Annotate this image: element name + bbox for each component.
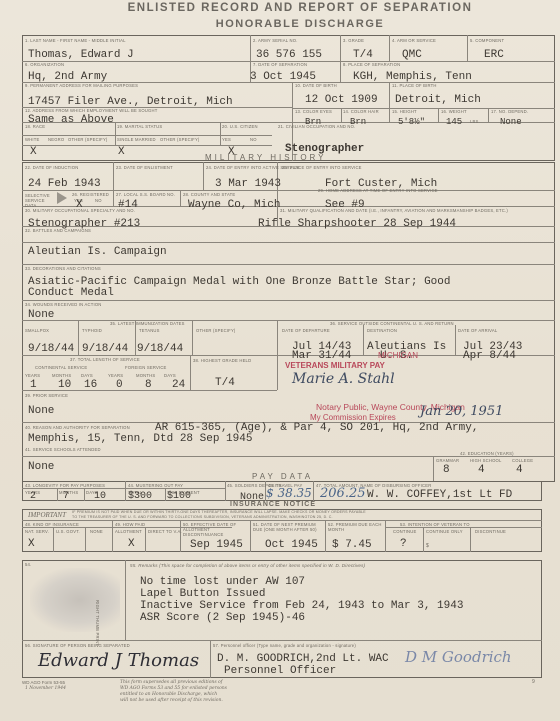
birth-place-value: Detroit, Mich [395,94,481,106]
height-value: 5'8½" [398,116,425,128]
field-55-label: 55. Remarks (This space for completion o… [130,563,365,568]
immunization-smallpox-header: Smallpox [25,328,49,333]
field-11-label: 11. Place of birth [392,83,437,88]
destination-header: Destination [367,328,397,333]
mop-payment-value: $100 [167,491,191,503]
field-34-label: 34. Wounds received in action [25,302,102,307]
field-44-label: 44. Mustering out pay [128,483,183,488]
county-state-value: Wayne Co, Mich [188,199,280,211]
field-20-label: 20. U.S. Citizen [222,124,258,129]
field-52-label: 52. Premium due each month [328,522,383,532]
race-negro-option[interactable]: Negro [48,137,64,142]
arrival-header: Date of arrival [458,328,497,333]
remark-line-4: ASR Score (2 Sep 1945)-46 [140,612,305,624]
field-1-label: 1. Last name - first name - middle initi… [25,38,126,43]
veterans-pay-stamp-line2: VETERANS MILITARY PAY [285,361,385,370]
weight-unit: lbs. [470,119,480,124]
field-56-label: 56. Signature of person being separated [25,643,130,648]
marital-married-option[interactable]: Married [135,137,156,142]
separation-date-value: 3 Oct 1945 [250,71,316,83]
field-26-label: 26. Registered [72,192,109,197]
departure-header: Date of departure [282,328,330,333]
supersedes-line3: entitled to an Honorable Discharge, whic… [120,692,217,698]
registered-no-option[interactable]: No [95,198,102,203]
citizen-yes-option[interactable]: Yes [222,137,231,142]
important-label: IMPORTANT [28,511,66,519]
total-amount-value: 206.25 [320,486,366,501]
important-text-2: to the Treasurer of the U. S. and forwar… [72,515,333,520]
field-10-label: 10. Date of birth [295,83,337,88]
field-17-label: 17. No. depend. [491,109,528,114]
document-title: ENLISTED RECORD AND REPORT OF SEPARATION [20,2,560,14]
race-mark: X [30,146,37,158]
cont-days-value: 16 [84,379,97,391]
form-number-line1: WD AGO Form 53-55 [22,680,65,686]
immunization-other-header: Other (specify) [196,328,236,333]
field-43-label: 43. Longevity for pay purposes [25,483,105,488]
for-days-header: Days [164,373,176,378]
field-41-label: 41. Service schools attended [25,447,101,452]
immunization-smallpox-value: 9/18/44 [28,343,74,355]
veterans-pay-stamp-line1: MICHIGAN [378,351,418,360]
marital-single-option[interactable]: Single [117,137,134,142]
field-37-label: 37. Total length of service [70,357,140,362]
field-42-label: 42. Education (Years) [460,451,514,456]
education-college-value: 4 [516,464,523,476]
intention-discontinue-option[interactable]: Discontinue [475,529,506,534]
qualification-value: Rifle Sharpshooter 28 Sep 1944 [258,218,456,230]
field-39-label: 39. Prior service [25,393,68,398]
field-6-label: 6. Organization [25,62,64,67]
highest-grade-value: T/4 [215,377,235,389]
mop-total-value: $300 [128,491,152,503]
field-57-label: 57. Personnel officer (Type name, grade … [213,643,356,648]
immunization-typhoid-value: 9/18/44 [82,343,128,355]
supersedes-line2: WD AGO Forms 53 and 55 for enlisted pers… [120,686,227,692]
field-22-label: 22. Date of induction [25,165,78,170]
marital-other-option[interactable]: Other (specify) [160,137,200,142]
remark-line-1: No time lost under AW 107 [140,576,305,588]
field-36-label: 36. Service outside continental U. S. an… [330,321,454,326]
for-months-header: Months [136,373,155,378]
insurance-usgovt-option[interactable]: U.S. Govt. [56,529,80,534]
notary-expiry-date: Jan 20, 1951 [420,404,503,419]
immunization-tetanus-header: Tetanus [139,328,160,333]
field-23-label: 23. Date of enlistment [116,165,173,170]
pay-data-heading: PAY DATA [252,472,313,481]
wounds-value: None [28,309,54,321]
remark-line-2: Lapel Button Issued [140,588,265,600]
field-31-label: 31. Military qualification and date (i.e… [280,208,508,213]
longevity-years-value: 2 [30,491,36,503]
arrow-icon [57,192,67,204]
field-5-label: 5. Component [470,38,504,43]
field-14-label: 14. Color hair [343,109,379,114]
field-15-label: 15. Height [392,109,417,114]
allotment-discontinuance-value: Sep 1945 [190,539,243,551]
field-4-label: 4. Arm or service [392,38,436,43]
for-years-value: 0 [116,379,123,391]
separation-place-value: KGH, Memphis, Tenn [353,71,472,83]
premium-value: $ 7.45 [332,539,372,551]
dependents-value: None [500,116,522,128]
insurance-none-option[interactable]: None [90,529,103,534]
prior-service-value: None [28,405,54,417]
longevity-months-value: 7 [63,491,69,503]
marital-mark: X [118,146,125,158]
immunization-typhoid-header: Typhoid [82,328,102,333]
field-18-label: 18. Race [25,124,45,129]
component-value: ERC [484,49,504,61]
continental-service-label: Continental service [35,365,87,370]
schools-value: None [28,461,54,473]
field-27-label: 27. Local S.S. Board no. [116,192,175,197]
permanent-address-value: 17457 Filer Ave., Detroit, Mich [28,96,233,108]
selective-service-label: Selective Service Data [25,193,57,208]
field-21-label: 21. Civilian occupation and no. [278,124,355,129]
entry-date-value: 3 Mar 1943 [215,178,281,190]
insurance-natserv-option[interactable]: Nat. Serv. [25,529,49,534]
field-29-label: 29. Home address at time of entry into s… [318,188,438,193]
intention-value-2: $ [426,544,429,549]
insurance-notice-heading: INSURANCE NOTICE [230,501,316,508]
document-subtitle: HONORABLE DISCHARGE [20,18,560,30]
military-history-heading: MILITARY HISTORY [205,153,327,162]
field-40-label: 40. Reason and authority for separation [25,425,130,430]
field-12-label: 12. Address from which employment will b… [25,108,157,113]
race-other-option[interactable]: Other (specify) [68,137,108,142]
cont-months-value: 10 [58,379,71,391]
field-49-label: 49. How paid [115,522,145,527]
field-8-label: 8. Place of separation [343,62,400,67]
field-25-label: 25. Place of entry into service [282,165,362,170]
field-28-label: 28. County and state [183,192,235,197]
field-32-label: 32. Battles and campaigns [25,228,91,233]
officer-line-1: D. M. GOODRICH,2nd Lt. WAC [217,653,389,665]
field-50-label: 50. Effective date of allotment disconti… [183,522,248,537]
cont-days-header: Days [81,373,93,378]
field-13-label: 13. Color eyes [295,109,332,114]
paid-allotment-option[interactable]: Allotment [115,529,142,534]
field-53-label: 53. Intention of veteran to [400,522,470,527]
intention-value: ? [400,538,407,550]
grade-value: T/4 [353,49,373,61]
field-7-label: 7. Date of separation [253,62,307,67]
field-19-label: 19. Marital status [117,124,162,129]
remark-line-3: Inactive Service from Feb 24, 1943 to Ma… [140,600,463,612]
paid-direct-option[interactable]: Direct to V.A. [148,529,182,534]
how-paid-mark: X [128,538,135,550]
organization-value: Hq, 2nd Army [28,71,107,83]
officer-line-2: Personnel Officer [224,665,336,677]
form-number-line2: 1 November 1944 [25,686,66,692]
birth-date-value: 12 Oct 1909 [305,94,378,106]
notary-stamp-line2: My Commission Expires [310,413,396,422]
thumbprint [30,568,120,632]
field-33-label: 33. Decorations and citations [25,266,101,271]
arrival-2: Apr 8/44 [463,350,516,362]
battles-value: Aleutian Is. Campaign [28,246,167,258]
for-months-value: 8 [145,379,152,391]
name-value: Thomas, Edward J [28,49,134,61]
next-premium-value: Oct 1945 [265,539,318,551]
serial-number-value: 36 576 155 [256,49,322,61]
officer-signature: D M Goodrich [405,648,512,666]
race-white-option[interactable]: White [25,137,40,142]
education-grammar-header: Grammar [436,458,459,463]
weight-value: 145 [446,116,462,128]
thumb-print-label: Right thumb print [95,600,100,646]
page-mark: 9 [532,680,535,685]
field-38-label: 38. Highest grade held [193,358,251,363]
citizen-no-option[interactable]: No [250,137,257,142]
for-years-header: Years [108,373,123,378]
education-grammar-value: 8 [443,464,450,476]
cont-years-value: 1 [30,379,37,391]
cont-years-header: Years [25,373,40,378]
notary-signature: Marie A. Stahl [292,371,395,387]
education-college-header: College [512,458,533,463]
education-highschool-value: 4 [478,464,485,476]
foreign-service-label: Foreign service [125,365,167,370]
field-16-label: 16. Weight [441,109,467,114]
travel-pay-value: $ 38.35 [266,486,312,500]
intention-continue-option[interactable]: Continue [393,529,416,534]
education-highschool-header: High School [470,458,502,463]
reason-line-2: Memphis, 15, Tenn, Dtd 28 Sep 1945 [28,433,252,445]
field-35-label: 35. Latest immunization dates [110,321,185,326]
field-2-label: 2. Army serial no. [253,38,298,43]
discharge-document: ENLISTED RECORD AND REPORT OF SEPARATION… [0,0,560,721]
immunization-tetanus-value: 9/18/44 [137,343,183,355]
arm-value: QMC [402,49,422,61]
intention-continue-only-option[interactable]: Continue only [426,529,463,534]
insurance-kind-mark: X [28,538,35,550]
cont-months-header: Months [52,373,71,378]
field-54-label: 54. [25,562,31,567]
field-48-label: 48. Kind of insurance [25,522,79,527]
separated-person-signature: Edward J Thomas [38,650,199,671]
field-51-label: 51. Date of next premium due (One month … [253,522,323,532]
field-9-label: 9. Permanent address for mailing purpose… [25,83,138,88]
supersedes-line4: will not be used after receipt of this r… [120,698,223,704]
field-30-label: 30. Military occupational specialty and … [25,208,135,213]
disbursing-officer-value: W. W. COFFEY,1st Lt FD [367,489,512,501]
field-3-label: 3. Grade [343,38,364,43]
for-days-value: 24 [172,379,185,391]
longevity-days-value: 10 [94,491,106,503]
induction-date-value: 24 Feb 1943 [28,178,101,190]
supersedes-line1: This form supersedes all previous editio… [120,680,222,686]
decorations-line-2: Conduct Medal [28,287,114,299]
